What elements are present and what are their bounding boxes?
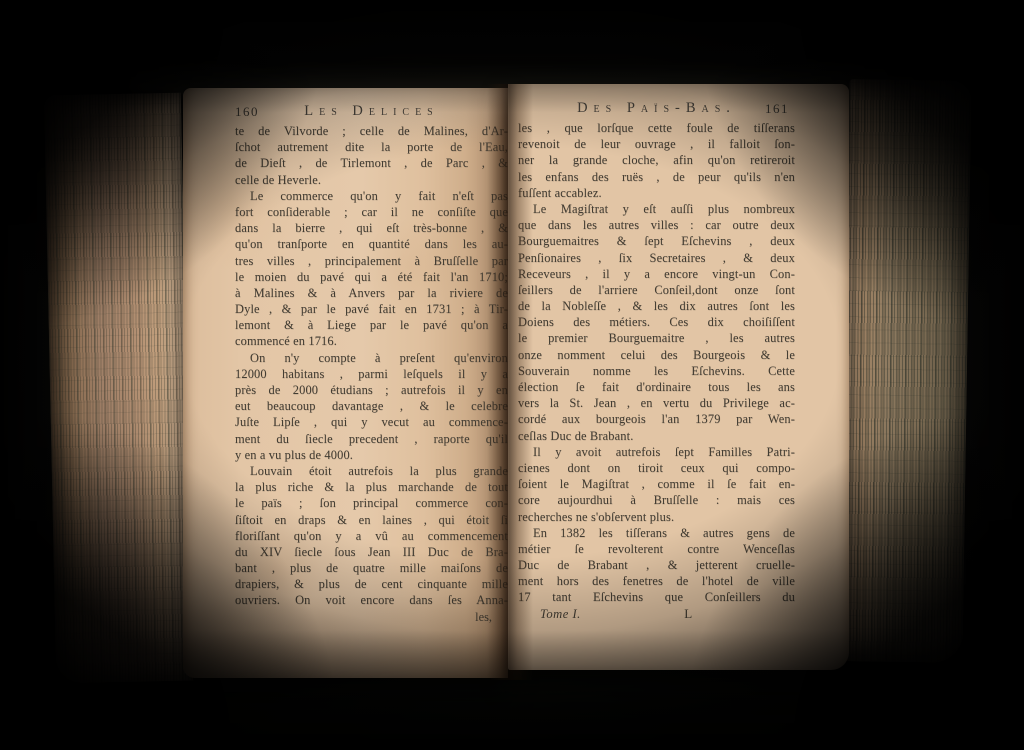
text-line: que dans les autres villes : car outre d… [518,217,795,233]
photo-open-book: 160 Les Delices te de Vilvorde ; celle d… [0,0,1024,750]
text-line: y en a vu plus de 4000. [235,447,508,463]
right-running-head: Des Païs-Bas. 161 [518,100,795,119]
text-line: Penſionaires , ſix Secretaires , & deux [518,250,795,266]
text-line: ſchot autrement dite la porte de l'Eau, [235,139,508,155]
left-running-head: 160 Les Delices [235,103,508,122]
text-line: celle de Heverle. [235,172,508,188]
text-line: Doiens des métiers. Ces dix choiſiſſent [518,314,795,330]
signature-mark: L [684,606,692,622]
text-line: 12000 habitans , parmi leſquels il y a [235,366,508,382]
text-line: recherches ne s'obſervent plus. [518,509,795,525]
text-line: lemont & à Liege par le pavé qu'on a [235,317,508,333]
catchword: les, [235,609,508,625]
text-line: cordé aux bourgeois l'an 1379 par Wen- [518,411,795,427]
volume-label: Tome I. [540,606,581,622]
page-left: 160 Les Delices te de Vilvorde ; celle d… [183,88,508,678]
text-line: de Dieſt , de Tirlemont , de Parc , & [235,155,508,171]
text-line: le moien du pavé qui a été fait l'an 171… [235,269,508,285]
left-page-text: te de Vilvorde ; celle de Malines, d'Ar-… [235,123,508,609]
text-line: le païs ; ſon principal commerce con- [235,495,508,511]
running-title-right: Des Païs-Bas. [518,100,795,117]
right-page-footer: Tome I. L [518,606,795,622]
text-line: les enfans des ruës , de peur qu'ils n'e… [518,169,795,185]
text-line: ouvriers. On voit encore dans ſes Anna- [235,592,508,608]
text-line: la plus riche & la plus marchande de tou… [235,479,508,495]
text-line: Il y avoit autrefois ſept Familles Patri… [518,444,795,460]
page-number-right: 161 [765,101,789,117]
text-line: métier ſe revolterent contre Wenceſlas [518,541,795,557]
text-line: du XIV ſiecle ſous Jean III Duc de Bra- [235,544,508,560]
text-line: à Malines & à Anvers par la riviere de [235,285,508,301]
text-line: ner la grande cloche, afin qu'on retirer… [518,152,795,168]
text-line: élection ſe fait d'ordinaire tous les an… [518,379,795,395]
text-line: ſoient le Magiſtrat , comme il ſe fait e… [518,476,795,492]
text-line: vers la St. Jean , en vertu du Privilege… [518,395,795,411]
text-line: ceſlas Duc de Brabant. [518,428,795,444]
page-number-left: 160 [235,104,259,120]
text-line: le premier Bourguemaitre , les autres [518,330,795,346]
text-line: Dyle , & par le pavé fait en 1731 ; à Ti… [235,301,508,317]
text-line: dans la bierre , qui eſt très-bonne , & [235,220,508,236]
fore-edge-left [44,93,193,684]
text-line: ſiſtoit en draps & en laines , qui étoit… [235,512,508,528]
text-line: Receveurs , il y a encore vingt-un Con- [518,266,795,282]
left-text-column: 160 Les Delices te de Vilvorde ; celle d… [235,88,508,678]
text-line: qu'on tranſporte en quantité dans les au… [235,236,508,252]
text-line: En 1382 les tiſſerans & autres gens de [518,525,795,541]
text-line: core aujourdhui à Bruſſelle : mais ces [518,492,795,508]
fore-edge-right [840,79,971,663]
text-line: eut beaucoup davantage , & le celebre [235,398,508,414]
text-line: On n'y compte à preſent qu'environ [235,350,508,366]
text-line: de la Nobleſſe , & les dix autres ſont l… [518,298,795,314]
text-line: ment hors des fenetres de l'hotel de vil… [518,573,795,589]
page-right: Des Païs-Bas. 161 les , que lorſque cett… [508,84,849,670]
text-line: près de 2000 étudians ; autrefois il y e… [235,382,508,398]
text-line: Bourguemaitres & ſept Eſchevins , deux [518,233,795,249]
running-title-left: Les Delices [235,103,508,120]
text-line: floriſſant qu'on y a vû au commencement [235,528,508,544]
text-line: 17 tant Eſchevins que Conſeillers du [518,589,795,605]
text-line: onze nomment celui des Bourgeois & le [518,347,795,363]
right-text-column: Des Païs-Bas. 161 les , que lorſque cett… [518,84,795,670]
text-line: commencé en 1716. [235,333,508,349]
text-line: fuſſent accablez. [518,185,795,201]
text-line: bant , plus de quatre mille maiſons de [235,560,508,576]
text-line: drapiers, & plus de cent cinquante mille [235,576,508,592]
right-page-text: les , que lorſque cette foule de tiſſera… [518,120,795,606]
text-line: Le commerce qu'on y fait n'eſt pas [235,188,508,204]
text-line: ment du ſiecle precedent , raporte qu'il [235,431,508,447]
text-line: Louvain étoit autrefois la plus grande [235,463,508,479]
text-line: cienes dont on tiroit ceux qui compo- [518,460,795,476]
text-line: revenoit de leur ouvrage , il falloit ſo… [518,136,795,152]
text-line: Duc de Brabant , & jetterent cruelle- [518,557,795,573]
text-line: Le Magiſtrat y eſt auſſi plus nombreux [518,201,795,217]
text-line: fort conſiderable ; car il ne conſiſte q… [235,204,508,220]
text-line: tres villes , principalement à Bruſſelle… [235,253,508,269]
text-line: Juſte Lipſe , qui y vecut au commence- [235,414,508,430]
text-line: ſeillers de l'arriere Conſeil,dont onze … [518,282,795,298]
text-line: te de Vilvorde ; celle de Malines, d'Ar- [235,123,508,139]
text-line: Souverain nomme les Eſchevins. Cette [518,363,795,379]
text-line: les , que lorſque cette foule de tiſſera… [518,120,795,136]
